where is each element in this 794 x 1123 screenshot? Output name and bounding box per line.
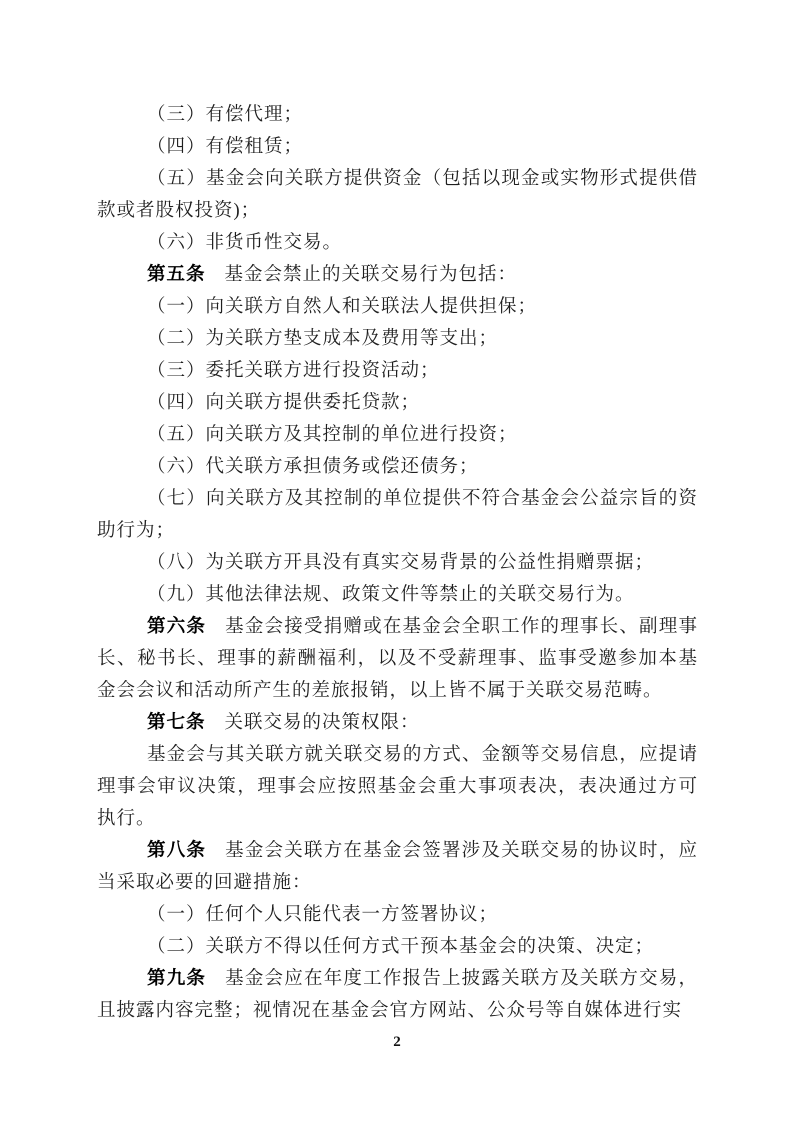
paragraph: （四）有偿租赁； [97, 131, 698, 163]
paragraph: 第五条基金会禁止的关联交易行为包括： [97, 259, 698, 291]
paragraph: （一）向关联方自然人和关联法人提供担保； [97, 291, 698, 323]
paragraph: 第六条基金会接受捐赠或在基金会全职工作的理事长、副理事长、秘书长、理事的薪酬福利… [97, 611, 698, 707]
paragraph-text: （五）基金会向关联方提供资金（包括以现金或实物形式提供借款或者股权投资)； [97, 169, 698, 221]
paragraph: （三）有偿代理； [97, 99, 698, 131]
paragraph: （二）关联方不得以任何方式干预本基金会的决策、决定； [97, 931, 698, 963]
paragraph: （六）代关联方承担债务或偿还债务； [97, 451, 698, 483]
paragraph-text: （五）向关联方及其控制的单位进行投资； [147, 425, 518, 445]
paragraph-text: 关联交易的决策权限： [225, 713, 420, 733]
paragraph: （八）为关联方开具没有真实交易背景的公益性捐赠票据； [97, 547, 698, 579]
paragraph: （六）非货币性交易。 [97, 227, 698, 259]
paragraph: （三）委托关联方进行投资活动； [97, 355, 698, 387]
paragraph: （一）任何个人只能代表一方签署协议； [97, 899, 698, 931]
paragraph-text: （四）向关联方提供委托贷款； [147, 393, 420, 413]
paragraph-text: （一）任何个人只能代表一方签署协议； [147, 905, 498, 925]
paragraph: （九）其他法律法规、政策文件等禁止的关联交易行为。 [97, 579, 698, 611]
article-number: 第八条 [147, 841, 206, 861]
article-number: 第七条 [147, 713, 206, 733]
paragraph-text: （七）向关联方及其控制的单位提供不符合基金会公益宗旨的资助行为； [97, 489, 698, 541]
paragraph-text: （六）非货币性交易。 [147, 233, 342, 253]
paragraph-text: （六）代关联方承担债务或偿还债务； [147, 457, 479, 477]
paragraph-text: （三）有偿代理； [147, 105, 303, 125]
document-body: （三）有偿代理； （四）有偿租赁； （五）基金会向关联方提供资金（包括以现金或实… [97, 99, 698, 1027]
article-number: 第五条 [147, 265, 206, 285]
paragraph-text: 基金会禁止的关联交易行为包括： [225, 265, 518, 285]
paragraph-text: （九）其他法律法规、政策文件等禁止的关联交易行为。 [147, 585, 635, 605]
paragraph: （五）向关联方及其控制的单位进行投资； [97, 419, 698, 451]
paragraph-text: （三）委托关联方进行投资活动； [147, 361, 440, 381]
page-number: 2 [0, 1034, 794, 1051]
paragraph-text: （二）为关联方垫支成本及费用等支出； [147, 329, 498, 349]
paragraph: 第八条基金会关联方在基金会签署涉及关联交易的协议时，应当采取必要的回避措施： [97, 835, 698, 899]
paragraph-text: （一）向关联方自然人和关联法人提供担保； [147, 297, 537, 317]
paragraph: 第七条关联交易的决策权限： [97, 707, 698, 739]
paragraph: （二）为关联方垫支成本及费用等支出； [97, 323, 698, 355]
paragraph-text: （二）关联方不得以任何方式干预本基金会的决策、决定； [147, 937, 654, 957]
document-page: （三）有偿代理； （四）有偿租赁； （五）基金会向关联方提供资金（包括以现金或实… [0, 0, 794, 1123]
paragraph: （四）向关联方提供委托贷款； [97, 387, 698, 419]
article-number: 第九条 [147, 969, 206, 989]
paragraph: 基金会与其关联方就关联交易的方式、金额等交易信息，应提请理事会审议决策，理事会应… [97, 739, 698, 835]
paragraph-text: （四）有偿租赁； [147, 137, 303, 157]
paragraph: （七）向关联方及其控制的单位提供不符合基金会公益宗旨的资助行为； [97, 483, 698, 547]
article-number: 第六条 [147, 617, 206, 637]
paragraph-text: （八）为关联方开具没有真实交易背景的公益性捐赠票据； [147, 553, 654, 573]
paragraph: （五）基金会向关联方提供资金（包括以现金或实物形式提供借款或者股权投资)； [97, 163, 698, 227]
paragraph: 第九条基金会应在年度工作报告上披露关联方及关联方交易，且披露内容完整；视情况在基… [97, 963, 698, 1027]
paragraph-text: 基金会与其关联方就关联交易的方式、金额等交易信息，应提请理事会审议决策，理事会应… [97, 745, 698, 829]
